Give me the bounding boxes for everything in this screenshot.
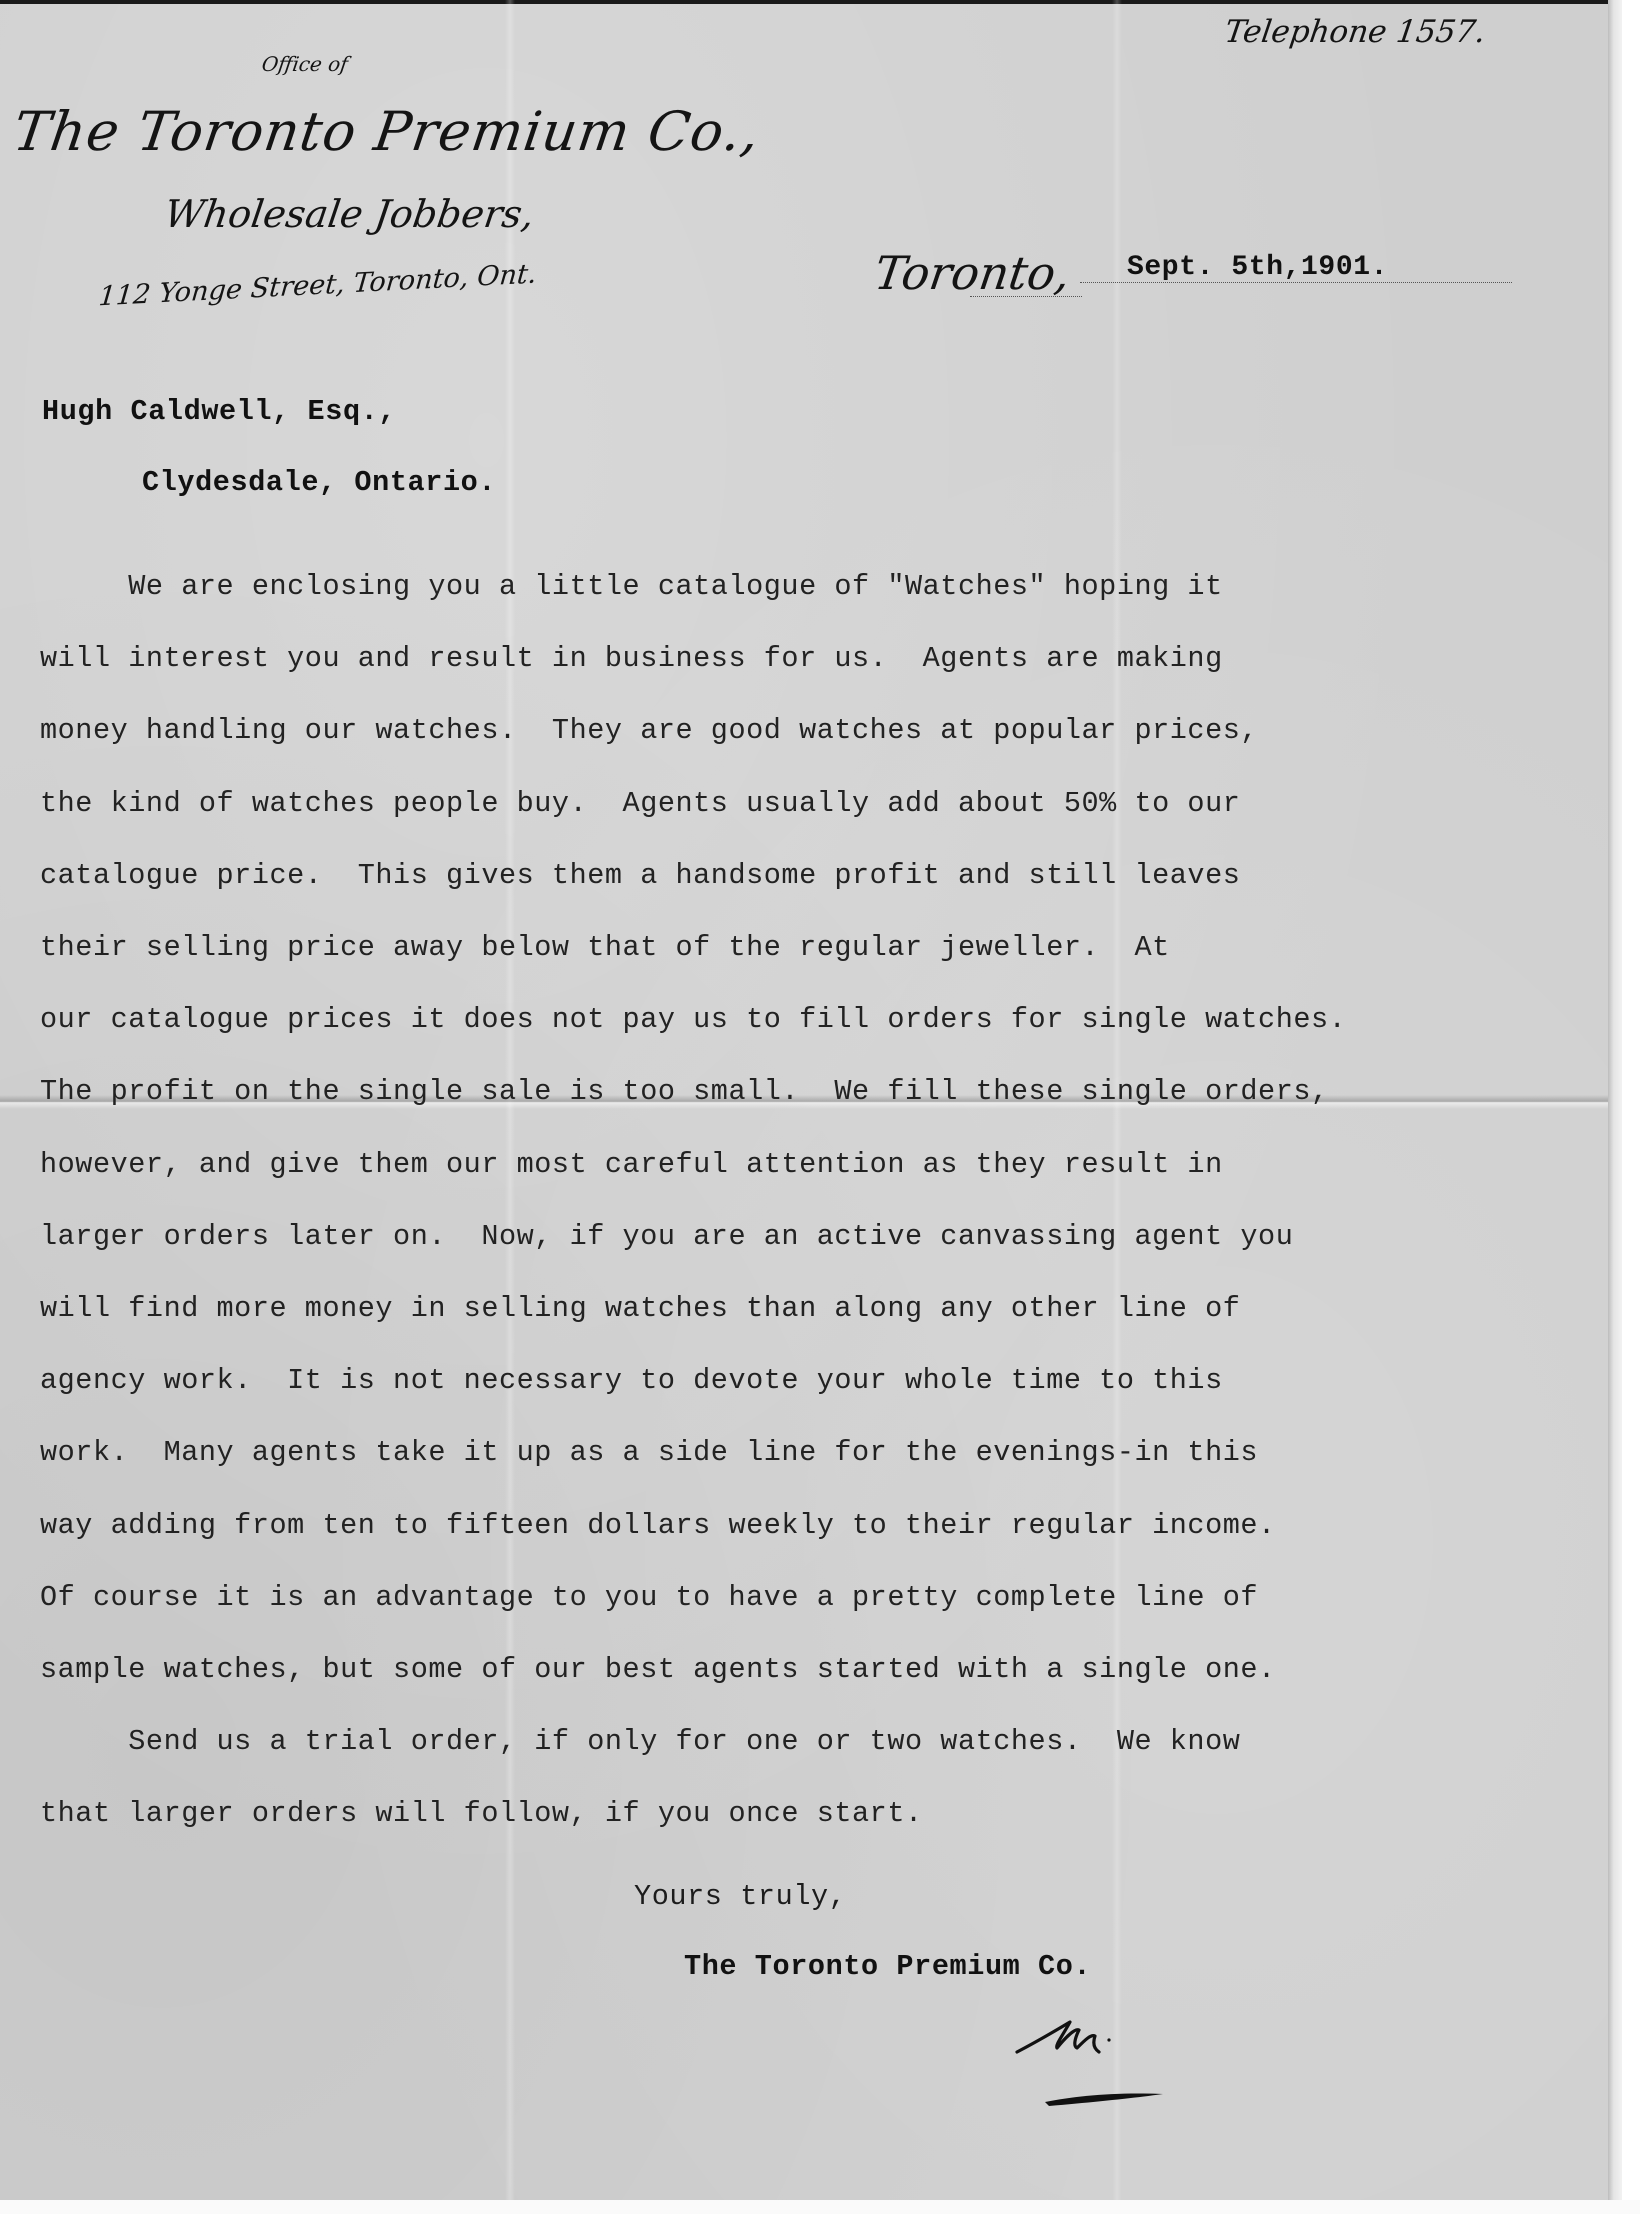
scan-bottom-margin <box>0 2200 1640 2214</box>
body-line: sample watches, but some of our best age… <box>40 1653 1276 1686</box>
body-line: our catalogue prices it does not pay us … <box>40 1003 1346 1036</box>
body-line: larger orders later on. Now, if you are … <box>40 1220 1293 1253</box>
scan-right-edge <box>1608 0 1622 2200</box>
body-line: that larger orders will follow, if you o… <box>40 1797 923 1830</box>
body-line: money handling our watches. They are goo… <box>40 714 1258 747</box>
recipient-name: Hugh Caldwell, Esq., <box>42 395 396 428</box>
body-line: catalogue price. This gives them a hands… <box>40 859 1240 892</box>
company-tagline: Wholesale Jobbers, <box>162 192 537 236</box>
signature-company: The Toronto Premium Co. <box>684 1950 1091 1983</box>
body-line: work. Many agents take it up as a side l… <box>40 1436 1258 1469</box>
body-line: their selling price away below that of t… <box>40 931 1170 964</box>
body-line: will interest you and result in business… <box>40 642 1223 675</box>
handwritten-initials-icon <box>1015 2010 1185 2120</box>
city-label: Toronto, <box>871 246 1074 300</box>
letter-date: Sept. 5th,1901. <box>1127 252 1388 283</box>
body-line: the kind of watches people buy. Agents u… <box>40 787 1240 820</box>
body-line: Send us a trial order, if only for one o… <box>40 1725 1240 1758</box>
scan-top-edge <box>0 0 1622 4</box>
body-line: however, and give them our most careful … <box>40 1148 1223 1181</box>
body-line: We are enclosing you a little catalogue … <box>40 570 1223 603</box>
letter-page: Office of The Toronto Premium Co., Whole… <box>0 0 1622 2200</box>
company-address: 112 Yonge Street, Toronto, Ont. <box>97 259 538 313</box>
date-dotted-line-left <box>970 296 1082 297</box>
body-line: The profit on the single sale is too sma… <box>40 1075 1329 1108</box>
office-of-label: Office of <box>260 52 349 76</box>
body-line: way adding from ten to fifteen dollars w… <box>40 1509 1276 1542</box>
telephone-number: Telephone 1557. <box>1222 14 1487 50</box>
recipient-place: Clydesdale, Ontario. <box>142 466 496 499</box>
closing: Yours truly, <box>634 1880 846 1913</box>
body-line: agency work. It is not necessary to devo… <box>40 1364 1223 1397</box>
company-name: The Toronto Premium Co., <box>10 100 765 163</box>
body-line: will find more money in selling watches … <box>40 1292 1240 1325</box>
body-line: Of course it is an advantage to you to h… <box>40 1581 1258 1614</box>
